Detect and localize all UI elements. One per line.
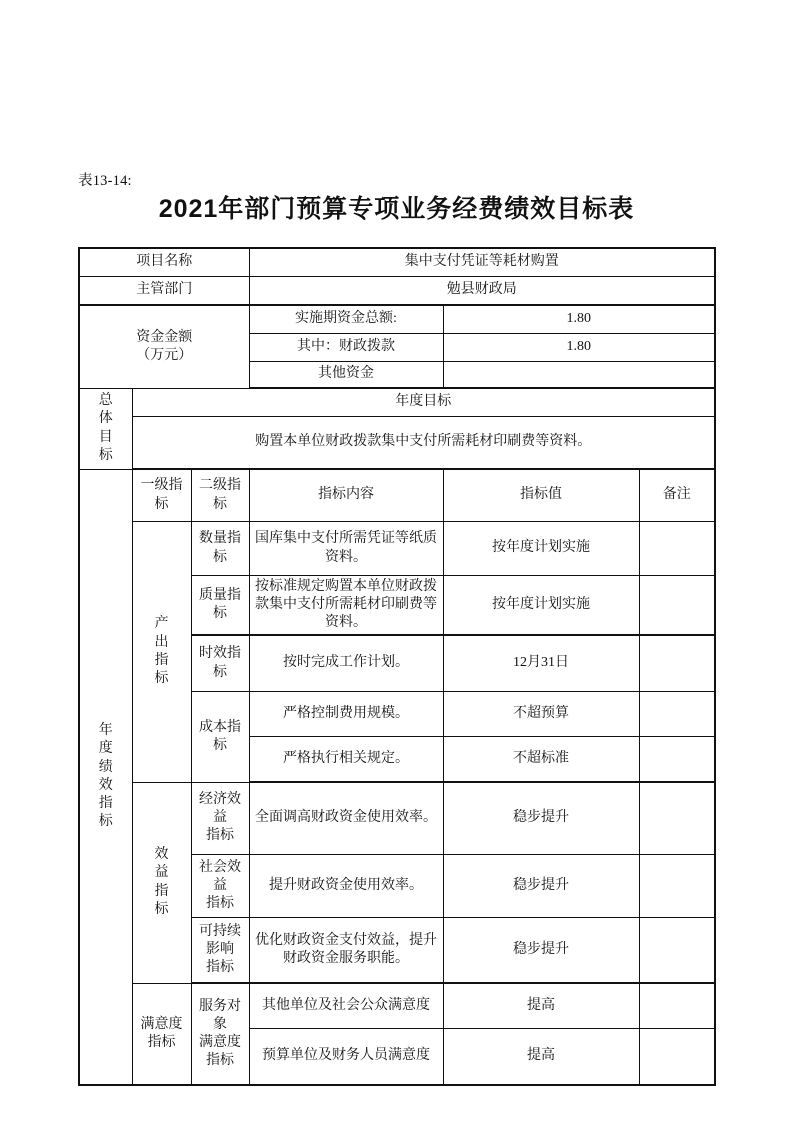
remark-cell (639, 522, 715, 576)
project-name-value: 集中支付凭证等耗材购置 (249, 248, 715, 277)
fund-other-value (443, 362, 715, 389)
header-level2: 二级指 标 (191, 469, 249, 522)
sub-social-label: 社会效 益 指标 (191, 855, 249, 918)
fund-fiscal-label: 其中：财政拨款 (249, 334, 443, 362)
document-page: 表13-14: 2021年部门预算专项业务经费绩效目标表 项目名称 集中支付凭证… (0, 0, 793, 1122)
performance-target-table: 项目名称 集中支付凭证等耗材购置 主管部门 勉县财政局 资金金额 （万元） 实施… (78, 247, 716, 1086)
sub-quality-label: 质量指 标 (191, 576, 249, 636)
group-benefit-label: 效 益 指 标 (132, 782, 191, 983)
group-satisfaction-label: 满意度 指标 (132, 983, 191, 1085)
remark-cell (639, 983, 715, 1029)
remark-cell (639, 1029, 715, 1086)
annual-goal-header: 年度目标 (132, 388, 715, 417)
overall-goal-label: 总 体 目 标 (79, 388, 132, 469)
table-row: 效 益 指 标 经济效 益 指标 全面调高财政资金使用效率。 稳步提升 (79, 782, 715, 855)
indicator-value-cell: 稳步提升 (443, 918, 639, 984)
indicator-value-cell: 按年度计划实施 (443, 576, 639, 636)
indicator-value-cell: 稳步提升 (443, 855, 639, 918)
header-value: 指标值 (443, 469, 639, 522)
fund-total-value: 1.80 (443, 305, 715, 334)
table-row: 项目名称 集中支付凭证等耗材购置 (79, 248, 715, 277)
fund-fiscal-value: 1.80 (443, 334, 715, 362)
remark-cell (639, 855, 715, 918)
group-output-label: 产 出 指 标 (132, 522, 191, 783)
header-content: 指标内容 (249, 469, 443, 522)
fund-total-label: 实施期资金总额: (249, 305, 443, 334)
remark-cell (639, 576, 715, 636)
table-row: 年 度 绩 效 指 标 一级指 标 二级指 标 指标内容 指标值 备注 (79, 469, 715, 522)
indicator-content-cell: 按标准规定购置本单位财政拨 款集中支付所需耗材印刷费等 资料。 (249, 576, 443, 636)
table-row: 主管部门 勉县财政局 (79, 277, 715, 306)
indicator-content-cell: 严格执行相关规定。 (249, 737, 443, 783)
table-row: 满意度 指标 服务对 象 满意度 指标 其他单位及社会公众满意度 提高 (79, 983, 715, 1029)
indicator-content-cell: 全面调高财政资金使用效率。 (249, 782, 443, 855)
annual-goal-content: 购置本单位财政拨款集中支付所需耗材印刷费等资料。 (132, 417, 715, 470)
sub-timeliness-label: 时效指 标 (191, 635, 249, 692)
project-name-label: 项目名称 (79, 248, 249, 277)
page-title: 2021年部门预算专项业务经费绩效目标表 (0, 189, 793, 225)
indicator-value-cell: 提高 (443, 1029, 639, 1086)
indicator-content-cell: 提升财政资金使用效率。 (249, 855, 443, 918)
table-row: 产 出 指 标 数量指 标 国库集中支付所需凭证等纸质 资料。 按年度计划实施 (79, 522, 715, 576)
indicator-content-cell: 预算单位及财务人员满意度 (249, 1029, 443, 1086)
table-row: 总 体 目 标 年度目标 (79, 388, 715, 417)
sub-service-label: 服务对 象 满意度 指标 (191, 983, 249, 1085)
table-row: 购置本单位财政拨款集中支付所需耗材印刷费等资料。 (79, 417, 715, 470)
remark-cell (639, 692, 715, 737)
indicator-value-cell: 按年度计划实施 (443, 522, 639, 576)
fund-amount-label: 资金金额 （万元） (79, 305, 249, 388)
sub-sustain-label: 可持续 影响 指标 (191, 918, 249, 984)
remark-cell (639, 918, 715, 984)
sub-economic-label: 经济效 益 指标 (191, 782, 249, 855)
remark-cell (639, 635, 715, 692)
annual-performance-label: 年 度 绩 效 指 标 (79, 469, 132, 1085)
sub-cost-label: 成本指 标 (191, 692, 249, 783)
header-remark: 备注 (639, 469, 715, 522)
table-number-label: 表13-14: (78, 169, 132, 190)
indicator-value-cell: 稳步提升 (443, 782, 639, 855)
indicator-value-cell: 提高 (443, 983, 639, 1029)
remark-cell (639, 782, 715, 855)
indicator-content-cell: 按时完成工作计划。 (249, 635, 443, 692)
indicator-value-cell: 12月31日 (443, 635, 639, 692)
indicator-value-cell: 不超标准 (443, 737, 639, 783)
header-level1: 一级指 标 (132, 469, 191, 522)
indicator-content-cell: 其他单位及社会公众满意度 (249, 983, 443, 1029)
indicator-value-cell: 不超预算 (443, 692, 639, 737)
indicator-content-cell: 严格控制费用规模。 (249, 692, 443, 737)
table-row: 资金金额 （万元） 实施期资金总额: 1.80 (79, 305, 715, 334)
sub-quantity-label: 数量指 标 (191, 522, 249, 576)
department-value: 勉县财政局 (249, 277, 715, 306)
remark-cell (639, 737, 715, 783)
indicator-content-cell: 国库集中支付所需凭证等纸质 资料。 (249, 522, 443, 576)
department-label: 主管部门 (79, 277, 249, 306)
indicator-content-cell: 优化财政资金支付效益，提升 财政资金服务职能。 (249, 918, 443, 984)
fund-other-label: 其他资金 (249, 362, 443, 389)
